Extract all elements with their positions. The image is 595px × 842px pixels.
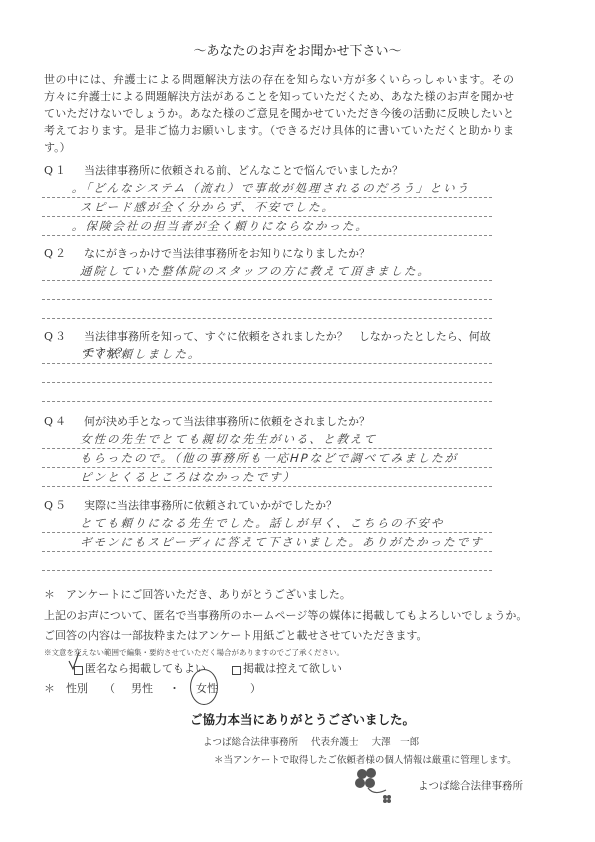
answer-text: ギモンにもスピーディに答えて下さいました。ありがたかったです [79,534,484,550]
clover-logo-icon [352,766,422,806]
answer-text: ピンとくるところはなかったです） [79,469,296,485]
answer-text: スピード感が全く分からず、不安でした。 [79,199,335,215]
checkbox[interactable] [74,666,83,675]
answer-line[interactable] [42,300,492,319]
gender-separator: ・ [169,679,180,700]
question-2: Q２ なにがきっかけで当法律事務所をお知りになりましたか？ 通院していた整体院の… [42,246,492,319]
question-number: Q２ [42,246,84,262]
answer-line[interactable]: すぐ依頼しました。 [42,345,492,364]
answer-line[interactable] [42,364,492,383]
thanks-line: ＊ アンケートにご回答いただき、ありがとうございました。 [44,585,544,606]
answer-text: 女性の先生でとても親切な先生がいる、と教えて [79,431,377,447]
question-text: 当法律事務所を知って、すぐに依頼をされましたか？ しなかったとしたら、何故ですか… [84,329,492,345]
answer-line[interactable] [42,281,492,300]
content-note: ご回答の内容は一部抜粋またはアンケート用紙ごと載せさせていただきます。 [44,626,544,647]
question-3: Q３ 当法律事務所を知って、すぐに依頼をされましたか？ しなかったとしたら、何故… [42,329,492,402]
small-note: ※文意を変えない範囲で編集・要約させていただく場合がありますのでご了承ください。 [44,646,544,660]
firm-name: よつば総合法律事務所 [203,737,298,748]
answer-text: 。「どんなシステム（流れ）で事故が処理されるのだろう」という [71,180,470,196]
answer-line[interactable] [42,383,492,402]
question-number: Q４ [42,414,84,430]
question-text: なにがきっかけで当法律事務所をお知りになりましたか？ [84,246,492,262]
gender-row: ＊ 性別 （ 男性 ・ 女性 ） [44,680,544,700]
publish-question: 上記のお声について、匿名で当事務所のホームページ等の媒体に掲載してもよろしいでし… [44,606,544,627]
question-5: Q５ 実際に当法律事務所に依頼されていかがでしたか？ とても頼りになる先生でした… [42,498,492,571]
question-1: Q１ 当法律事務所に依頼される前、どんなことで悩んでいましたか？ 。「どんなシス… [42,163,492,236]
answer-line[interactable]: スピード感が全く分からず、不安でした。 [42,198,492,217]
answer-line[interactable]: とても頼りになる先生でした。話しが早く、こちらの不安や [42,514,492,533]
intro-paragraph: 世の中には、弁護士による問題解決方法の存在を知らない方が多くいらっしゃいます。そ… [44,71,514,156]
paren-open: （ [104,679,115,700]
option-label: 掲載は控えて欲しい [243,659,342,680]
logo-firm-name: よつば総合法律事務所 [418,778,523,793]
rep-title: 代表弁護士 [311,737,359,748]
publish-options: 匿名なら掲載してもよい 掲載は控えて欲しい [74,660,544,680]
answer-line[interactable]: 通院していた整体院のスタッフの方に教えて頂きました。 [42,262,492,281]
selection-circle-icon [190,669,218,705]
representative-line: よつば総合法律事務所 代表弁護士 大澤 一郎 [203,734,429,748]
option-anonymous-ok[interactable]: 匿名なら掲載してもよい [74,659,206,680]
answer-text: もらったので。（他の事務所も一応HPなどで調べてみましたが [79,450,458,466]
answer-text: 通院していた整体院のスタッフの方に教えて頂きました。 [79,263,431,279]
page-title: 〜あなたのお声をお聞かせ下さい〜 [0,40,595,59]
question-text: 何が決め手となって当法律事務所に依頼をされましたか？ [84,414,492,430]
question-number: Q１ [42,163,84,179]
answer-line[interactable]: もらったので。（他の事務所も一応HPなどで調べてみましたが [42,449,492,468]
checkbox[interactable] [232,666,241,675]
answer-line[interactable]: ギモンにもスピーディに答えて下さいました。ありがたかったです [42,533,492,552]
option-decline[interactable]: 掲載は控えて欲しい [232,659,342,680]
question-number: Q３ [42,329,84,345]
gender-label: ＊ 性別 [44,679,88,700]
answer-line[interactable]: 女性の先生でとても親切な先生がいる、と教えて [42,430,492,449]
answer-text: とても頼りになる先生でした。話しが早く、こちらの不安や [79,515,444,531]
footer-thanks: ご協力本当にありがとうございました。 [190,710,415,728]
question-text: 当法律事務所に依頼される前、どんなことで悩んでいましたか？ [84,163,492,179]
question-number: Q５ [42,498,84,514]
question-text: 実際に当法律事務所に依頼されていかがでしたか？ [84,498,492,514]
answer-text: すぐ依頼しました。 [79,346,202,362]
answer-line[interactable]: 。保険会社の担当者が全く頼りにならなかった。 [42,217,492,236]
closing-section: ＊ アンケートにご回答いただき、ありがとうございました。 上記のお声について、匿… [44,585,544,700]
answer-line[interactable]: ピンとくるところはなかったです） [42,468,492,487]
answer-line[interactable] [42,552,492,571]
paren-close: ） [250,679,261,700]
gender-female[interactable]: 女性 [196,679,234,700]
answer-text: 。保険会社の担当者が全く頼りにならなかった。 [71,218,369,234]
gender-male[interactable]: 男性 [131,679,153,700]
rep-name: 大澤 一郎 [372,737,420,748]
answer-line[interactable]: 。「どんなシステム（流れ）で事故が処理されるのだろう」という [42,179,492,198]
question-4: Q４ 何が決め手となって当法律事務所に依頼をされましたか？ 女性の先生でとても親… [42,414,492,487]
privacy-note: ＊当アンケートで取得したご依頼者様の個人情報は厳重に管理します。 [214,752,517,766]
option-label: 匿名なら掲載してもよい [85,659,206,680]
